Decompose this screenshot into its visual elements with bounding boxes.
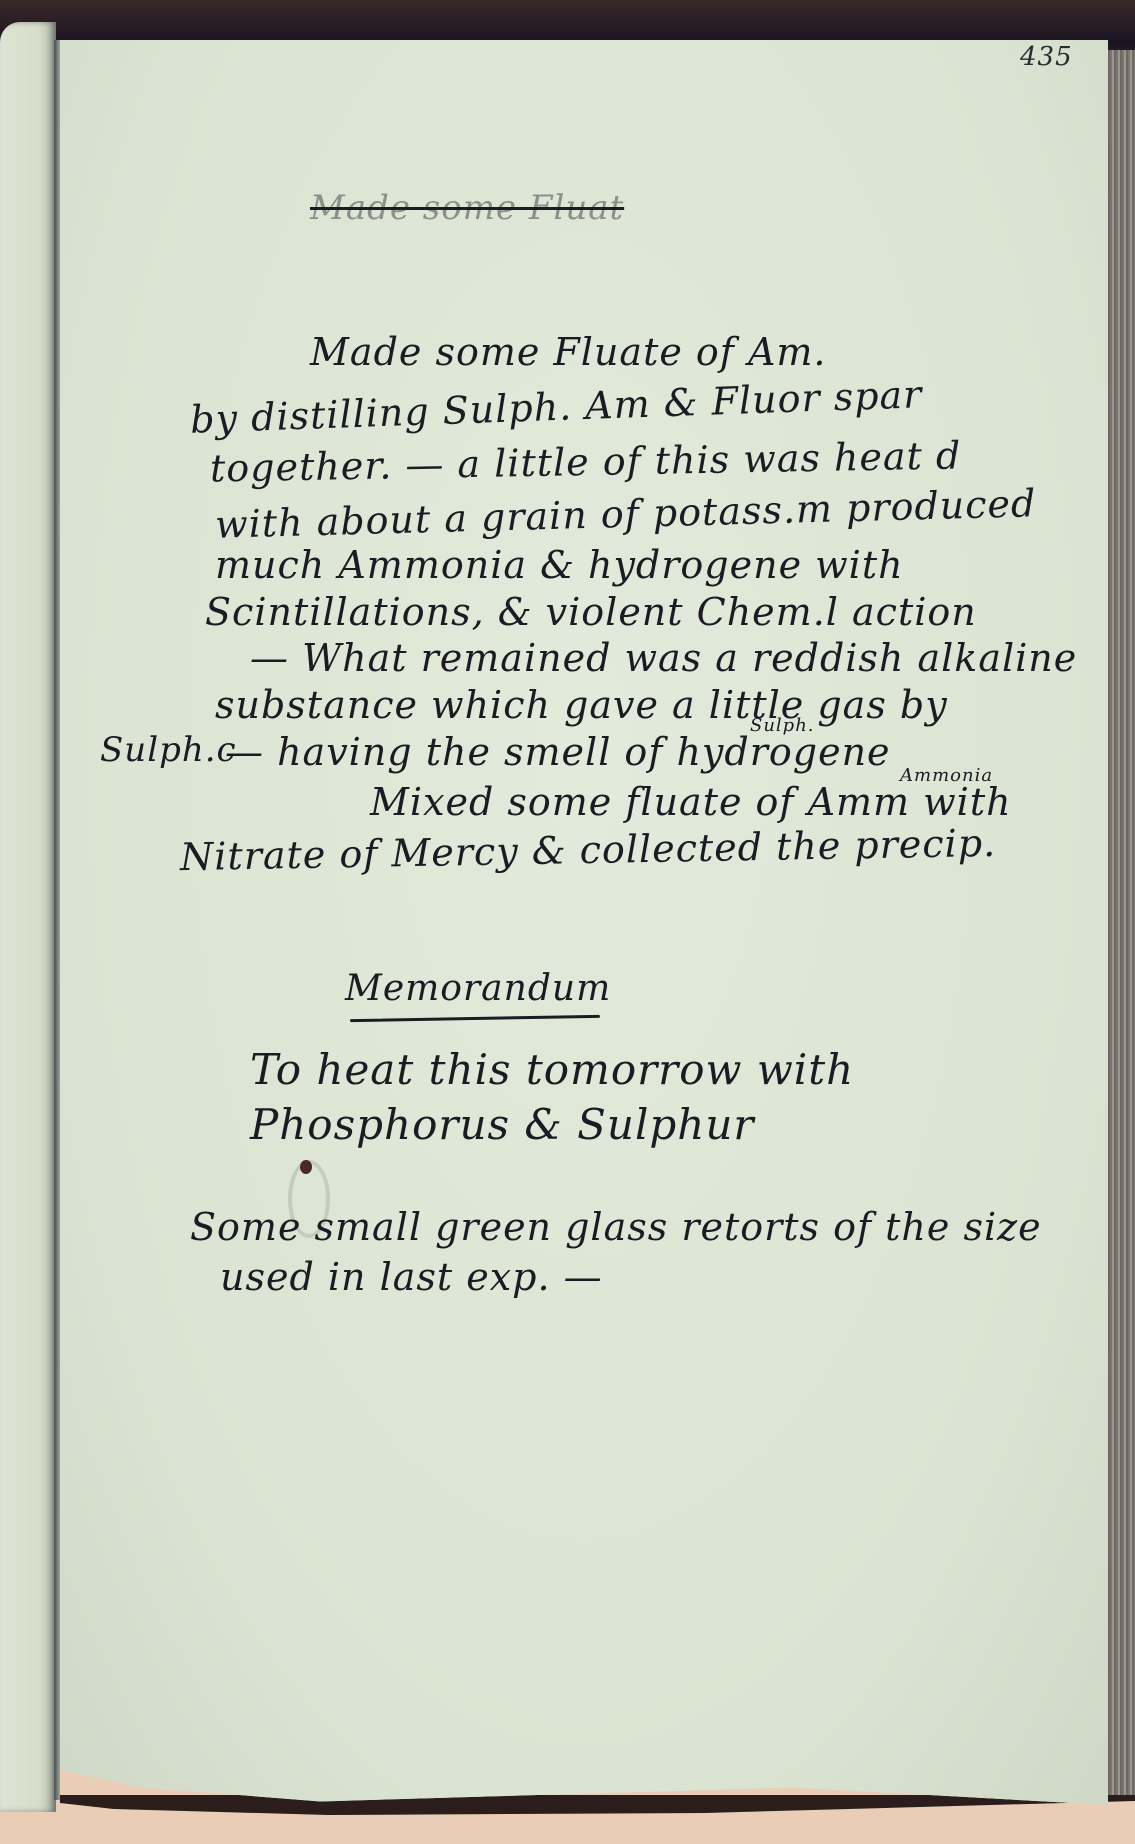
entry-line: Mixed some fluate of Amm with: [370, 780, 1012, 824]
notebook-page: [58, 40, 1108, 1805]
page-number: 435: [1020, 42, 1073, 72]
entry-line: Made some Fluate of Am.: [310, 330, 827, 374]
entry-line: much Ammonia & hydrogene with: [215, 543, 904, 587]
memo-line: used in last exp. —: [220, 1255, 603, 1299]
memo-line: Phosphorus & Sulphur: [250, 1100, 754, 1149]
memo-line: Some small green glass retorts of the si…: [190, 1205, 1042, 1249]
memorandum-title: Memorandum: [345, 968, 611, 1009]
margin-note: Sulph.c: [100, 730, 237, 770]
entry-line: — having the smell of hydrogene: [225, 730, 891, 774]
left-page-edge: [0, 22, 56, 1812]
book-gutter: [54, 40, 60, 1800]
memo-line: To heat this tomorrow with: [250, 1045, 854, 1094]
entry-line: — What remained was a reddish alkaline: [250, 636, 1077, 680]
ink-blot: [300, 1160, 312, 1174]
struck-heading: Made some Fluat: [310, 188, 624, 228]
entry-line: Scintillations, & violent Chem.l action: [205, 590, 977, 634]
entry-line: substance which gave a little gas by: [215, 683, 948, 727]
